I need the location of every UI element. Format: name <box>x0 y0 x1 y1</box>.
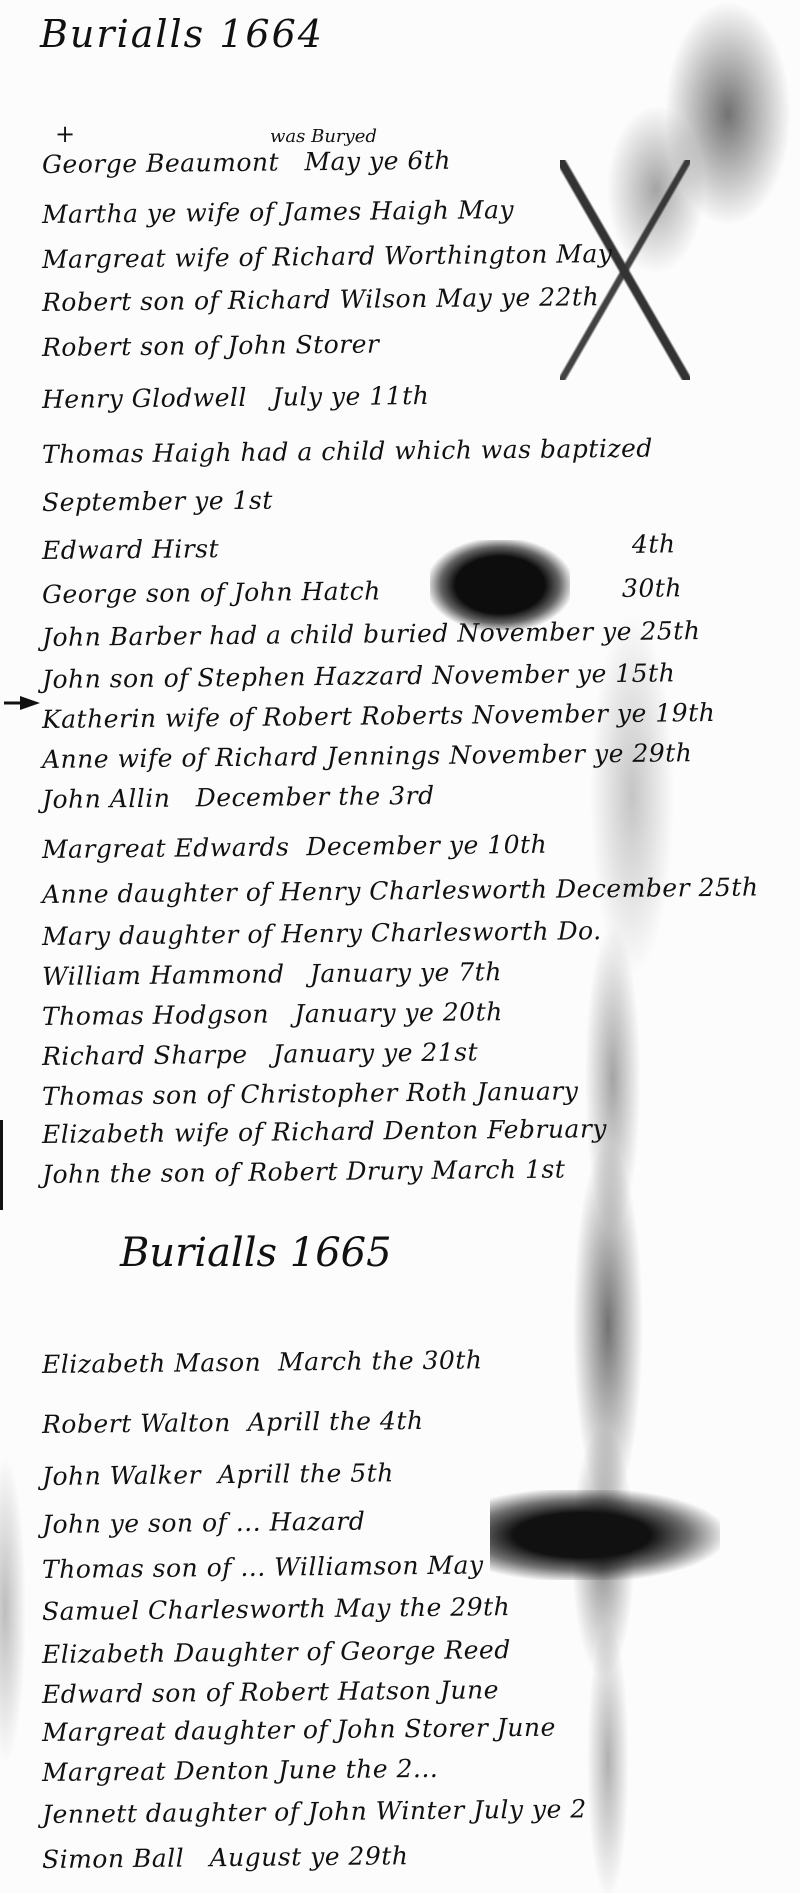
cross-mark-icon: + <box>55 120 75 148</box>
page-heading-1664: Burialls 1664 <box>40 12 324 56</box>
section-heading-1665: Burialls 1665 <box>120 1230 392 1276</box>
margin-bar <box>0 1120 3 1210</box>
margin-arrow-icon <box>4 695 40 711</box>
register-page: Burialls 1664 + was Buryed George Beaumo… <box>0 0 800 1893</box>
was-buryed-annotation: was Buryed <box>270 126 377 147</box>
